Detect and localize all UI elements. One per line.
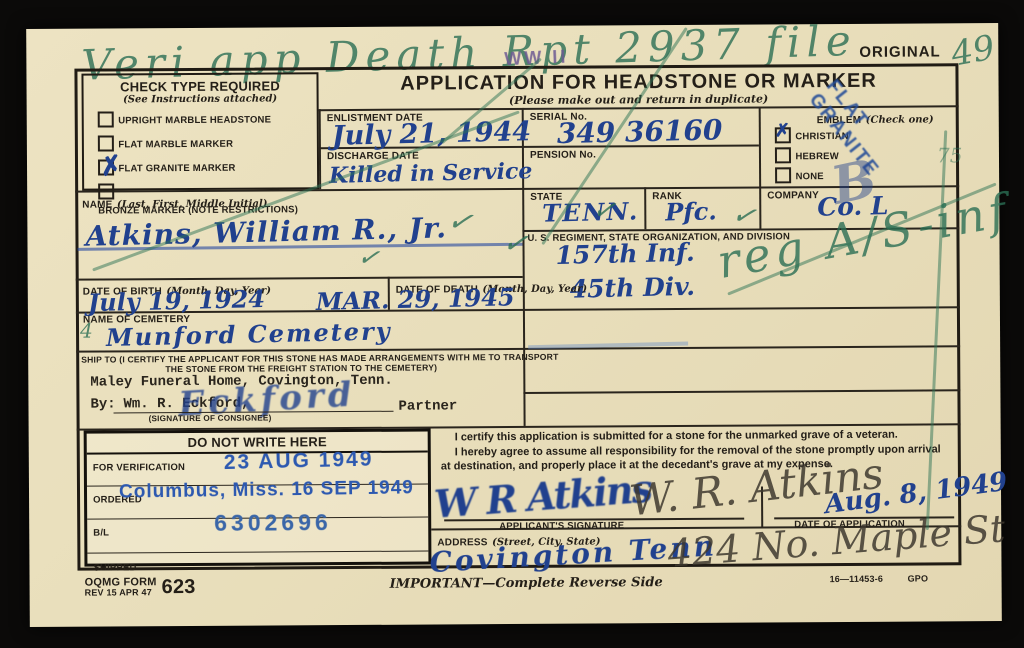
verification-date-stamp: 23 AUG 1949 (224, 448, 374, 476)
regiment-value-1: 157th Inf. (555, 238, 695, 270)
checkbox-flat-marble[interactable] (98, 135, 114, 151)
checkbox-upright-marble[interactable] (98, 111, 114, 127)
green-check-mark: ✓ (355, 241, 382, 274)
x-mark-icon: ✗ (775, 121, 790, 139)
green-mark-4: 4 (80, 319, 93, 343)
ship-to-by-prefix: By: (90, 396, 115, 412)
check-type-subtitle: (See Instructions attached) (84, 93, 317, 105)
company-label: COMPANY (767, 190, 819, 201)
regiment-value-2: 45th Div. (569, 272, 695, 304)
pension-no-label: PENSION No. (530, 149, 596, 160)
birth-value: July 19, 1924 (88, 284, 266, 317)
gpo-label: GPO (908, 573, 929, 583)
name-label-group: NAME (Last, First, Middle Initial) (82, 194, 267, 213)
green-75-note: 75 (937, 143, 963, 167)
check-type-option[interactable]: UPRIGHT MARBLE HEADSTONE (98, 109, 317, 128)
checkbox-hebrew[interactable] (775, 147, 791, 163)
important-note: IMPORTANT—Complete Reverse Side (390, 575, 663, 592)
original-label: ORIGINAL (859, 43, 940, 60)
check-type-box: CHECK TYPE REQUIRED (See Instructions at… (81, 72, 319, 190)
form-revision: REV 15 APR 47 (85, 587, 152, 597)
check-type-option[interactable]: ✗ FLAT GRANITE MARKER (98, 157, 317, 176)
form-number: 623 (162, 576, 196, 599)
headstone-application-form: Veri app Death Rpt 2937 file 49 WW II OR… (26, 23, 1002, 627)
emblem-option-none[interactable]: NONE (775, 166, 824, 184)
discharge-date-value: Killed in Service (329, 158, 533, 189)
consignee-caption: (SIGNATURE OF CONSIGNEE) (149, 413, 272, 423)
check-type-option[interactable]: FLAT MARBLE MARKER (98, 133, 317, 152)
check-type-title: CHECK TYPE REQUIRED (83, 78, 316, 94)
death-value: MAR. 29, 1945 (316, 282, 515, 316)
green-check-mark: ✓ (590, 192, 618, 228)
x-mark-icon: ✗ (98, 151, 123, 180)
enlistment-date-value: July 21, 1944 (331, 116, 531, 152)
bl-number-stamp: 6302696 (214, 509, 332, 537)
applicant-signature-label: APPLICANT'S SIGNATURE (499, 520, 624, 532)
serial-no-value: 349 36160 (556, 113, 722, 150)
gpo-number: 16—11453-6 (830, 574, 884, 584)
divider (644, 187, 646, 229)
ship-to-by-suffix: Partner (398, 398, 457, 414)
ordered-date-stamp: Columbus, Miss. 16 SEP 1949 (119, 477, 414, 503)
scanned-document-screenshot: Veri app Death Rpt 2937 file 49 WW II OR… (0, 0, 1024, 648)
rank-value: Pfc. (665, 196, 717, 226)
checkbox-none[interactable] (775, 167, 791, 183)
